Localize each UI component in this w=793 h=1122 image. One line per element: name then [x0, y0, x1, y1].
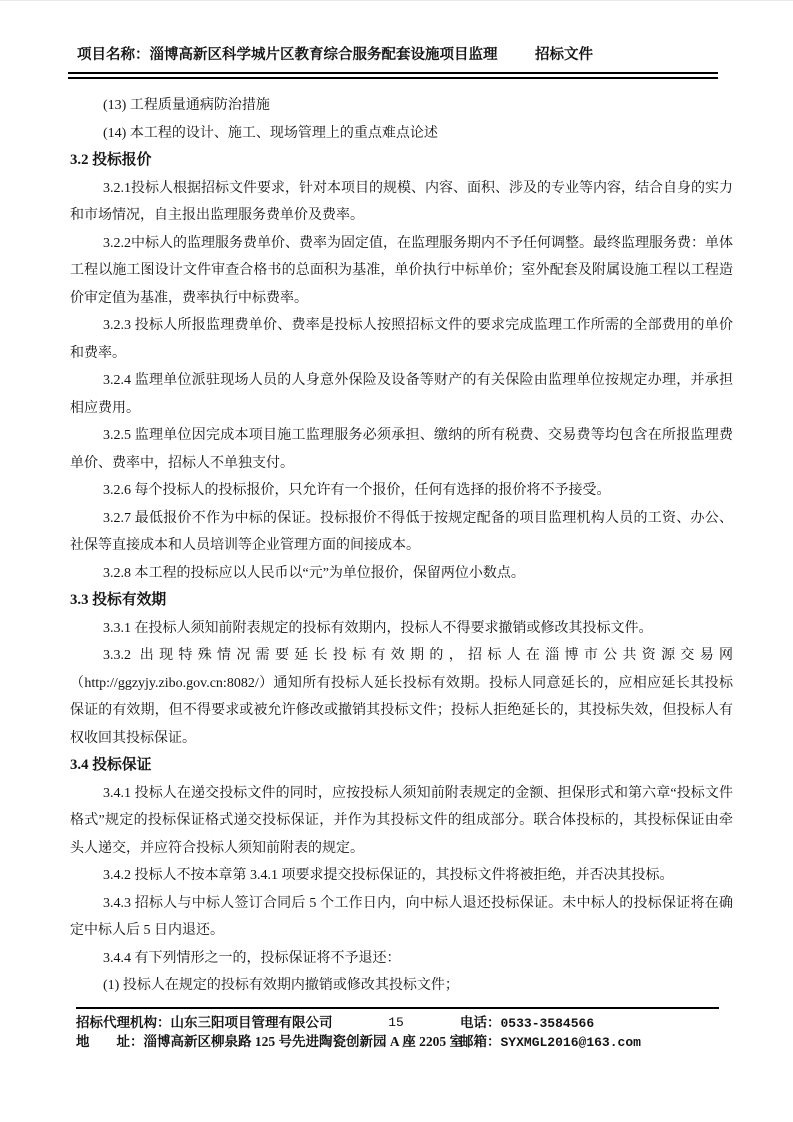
footer-email: 邮箱：SYXMGL2016@163.com	[460, 1032, 641, 1052]
page-number: 15	[376, 1013, 416, 1032]
header-doc-type: 招标文件	[535, 46, 593, 64]
footer-row-1: 招标代理机构：山东三阳项目管理有限公司 15 电话：0533-3584566	[76, 1013, 719, 1032]
header-divider	[68, 72, 718, 79]
clause-3-2-4: 3.2.4 监理单位派驻现场人员的人身意外保险及设备等财产的有关保险由监理单位按…	[70, 367, 733, 422]
footer-address-label: 地 址：	[76, 1034, 144, 1049]
clause-3-2-2: 3.2.2中标人的监理服务费单价、费率为固定值，在监理服务期内不予任何调整。最终…	[70, 230, 733, 313]
clause-3-3-2: 3.3.2 出现特殊情况需要延长投标有效期的，招标人在淄博市公共资源交易网（ht…	[70, 642, 733, 752]
clause-3-4-1: 3.4.1 投标人在递交投标文件的同时，应按投标人须知前附表规定的金额、担保形式…	[70, 780, 733, 863]
scan-edge-line	[0, 0, 793, 1]
clause-3-4-4: 3.4.4 有下列情形之一的，投标保证将不予退还：	[70, 945, 733, 973]
footer-address-value: 淄博高新区柳泉路 125 号先进陶瓷创新园 A 座 2205 室	[144, 1034, 464, 1049]
list-item: (14) 本工程的设计、施工、现场管理上的重点难点论述	[70, 120, 733, 148]
header-project-label: 项目名称：	[77, 47, 150, 63]
clause-3-2-3: 3.2.3 投标人所报监理费单价、费率是投标人按照招标文件的要求完成监理工作所需…	[70, 312, 733, 367]
page-footer: 招标代理机构：山东三阳项目管理有限公司 15 电话：0533-3584566 地…	[76, 1007, 719, 1051]
header-project-name: 淄博高新区科学城片区教育综合服务配套设施项目监理	[150, 47, 498, 63]
section-heading-3-3: 3.3 投标有效期	[70, 587, 733, 615]
footer-email-label: 邮箱：	[460, 1034, 501, 1049]
document-page: 项目名称：淄博高新区科学城片区教育综合服务配套设施项目监理 招标文件 (13) …	[0, 0, 793, 1122]
clause-3-2-1: 3.2.1投标人根据招标文件要求，针对本项目的规模、内容、面积、涉及的专业等内容…	[70, 175, 733, 230]
list-item: (13) 工程质量通病防治措施	[70, 92, 733, 120]
section-heading-3-2: 3.2 投标报价	[70, 147, 733, 175]
clause-3-2-7: 3.2.7 最低报价不作为中标的保证。投标报价不得低于按规定配备的项目监理机构人…	[70, 505, 733, 560]
footer-agency-label: 招标代理机构：	[76, 1015, 171, 1030]
footer-agency-name: 山东三阳项目管理有限公司	[171, 1015, 333, 1030]
document-body: (13) 工程质量通病防治措施 (14) 本工程的设计、施工、现场管理上的重点难…	[70, 92, 733, 1000]
footer-phone: 电话：0533-3584566	[460, 1013, 594, 1033]
clause-3-2-8: 3.2.8 本工程的投标应以人民币以“元”为单位报价，保留两位小数点。	[70, 560, 733, 588]
list-item: (1) 投标人在规定的投标有效期内撤销或修改其投标文件；	[70, 972, 733, 1000]
footer-phone-label: 电话：	[460, 1015, 501, 1030]
page-header: 项目名称：淄博高新区科学城片区教育综合服务配套设施项目监理 招标文件	[77, 46, 727, 64]
clause-3-4-3: 3.4.3 招标人与中标人签订合同后 5 个工作日内，向中标人退还投标保证。未中…	[70, 890, 733, 945]
clause-3-2-6: 3.2.6 每个投标人的投标报价，只允许有一个报价，任何有选择的报价将不予接受。	[70, 477, 733, 505]
section-heading-3-4: 3.4 投标保证	[70, 752, 733, 780]
footer-phone-number: 0533-3584566	[501, 1016, 595, 1031]
clause-3-4-2: 3.4.2 投标人不按本章第 3.4.1 项要求提交投标保证的，其投标文件将被拒…	[70, 862, 733, 890]
footer-email-address: SYXMGL2016@163.com	[501, 1035, 641, 1050]
footer-row-2: 地 址：淄博高新区柳泉路 125 号先进陶瓷创新园 A 座 2205 室 邮箱：…	[76, 1032, 719, 1051]
clause-3-2-5: 3.2.5 监理单位因完成本项目施工监理服务必须承担、缴纳的所有税费、交易费等均…	[70, 422, 733, 477]
clause-3-3-1: 3.3.1 在投标人须知前附表规定的投标有效期内，投标人不得要求撤销或修改其投标…	[70, 615, 733, 643]
